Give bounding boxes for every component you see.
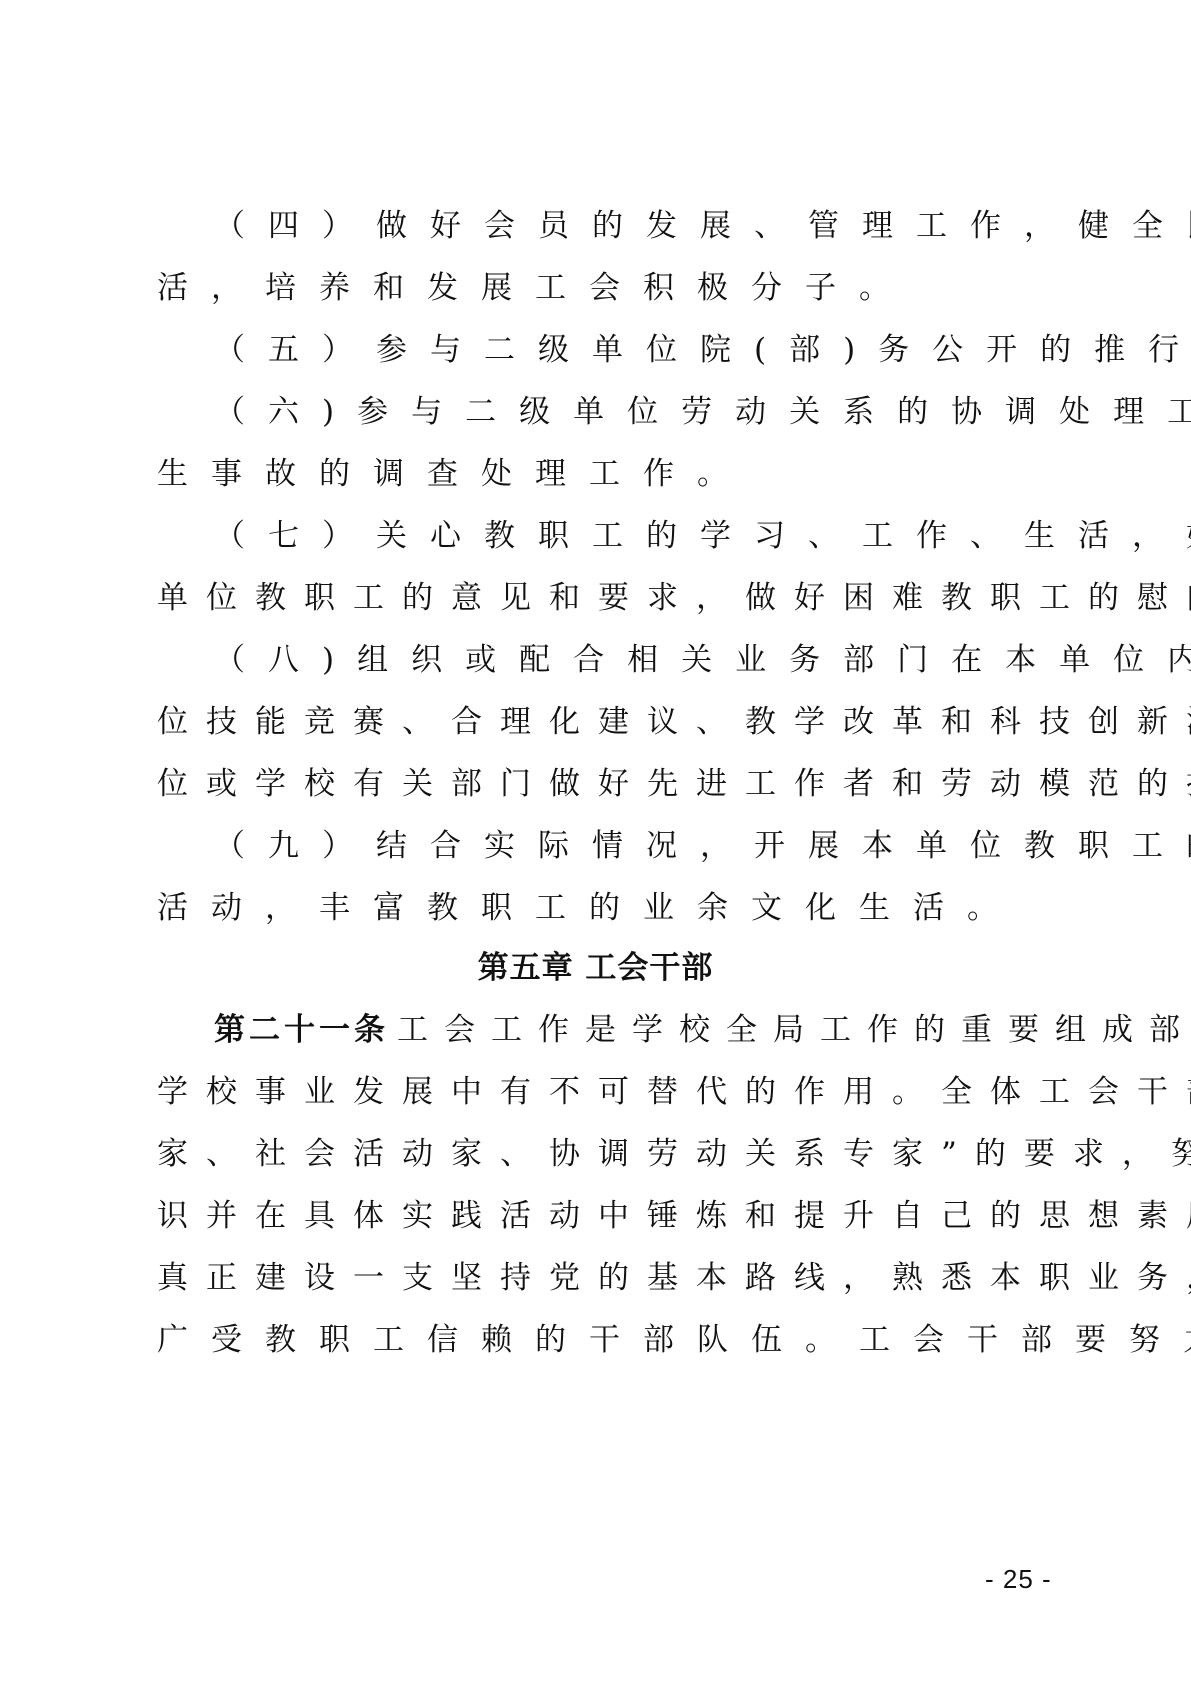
article-21-line-6: 广受教职工信赖的干部队伍。工会干部要努力做到： bbox=[157, 1320, 1057, 1360]
item-9-line-2: 活动，丰富教职工的业余文化生活。 bbox=[157, 888, 1057, 928]
page-number: - 25 - bbox=[985, 1564, 1052, 1594]
item-4-line-1: （四）做好会员的发展、管理工作，健全民主制度和民主生 bbox=[214, 206, 1114, 246]
article-21-line-5: 真正建设一支坚持党的基本路线，熟悉本职业务，热爱工会工作， bbox=[157, 1258, 1057, 1298]
item-6-line-1: （六)参与二级单位劳动关系的协调处理工作和劳动安全卫 bbox=[214, 392, 1114, 432]
item-9-line-1: （九）结合实际情况，开展本单位教职工的文化体育和娱乐 bbox=[214, 826, 1114, 866]
article-21-line-4: 识并在具体实践活动中锤炼和提升自己的思想素质和业务能力， bbox=[157, 1196, 1057, 1236]
item-7-line-2: 单位教职工的意见和要求，做好困难教职工的慰问、救助工作。 bbox=[157, 578, 1057, 618]
item-8-line-1: （八)组织或配合相关业务部门在本单位内部开展教职工岗 bbox=[214, 640, 1114, 680]
item-5-line-1: （五）参与二级单位院(部)务公开的推行、督查工作。 bbox=[214, 330, 1114, 370]
article-21-line-3: 家、社会活动家、协调劳动关系专家”的要求，努力学习相关知 bbox=[157, 1134, 1057, 1174]
document-page: （四）做好会员的发展、管理工作，健全民主制度和民主生 活，培养和发展工会积极分子… bbox=[0, 0, 1191, 1684]
article-label: 第二十一条 bbox=[214, 1012, 389, 1048]
chapter-heading: 第五章 工会干部 bbox=[0, 948, 1191, 988]
article-21-line-1: 第二十一条工会工作是学校全局工作的重要组成部分，在 bbox=[214, 1010, 1114, 1050]
item-7-line-1: （七）关心教职工的学习、工作、生活，如实反映协调二级 bbox=[214, 516, 1114, 556]
item-4-line-2: 活，培养和发展工会积极分子。 bbox=[157, 268, 1057, 308]
item-6-line-2: 生事故的调查处理工作。 bbox=[157, 454, 1057, 494]
article-21-line-2: 学校事业发展中有不可替代的作用。全体工会干部应按照“政治 bbox=[157, 1072, 1057, 1112]
item-8-line-3: 位或学校有关部门做好先进工作者和劳动模范的推荐评选工作。 bbox=[157, 764, 1057, 804]
article-first-line: 工会工作是学校全局工作的重要组成部分，在 bbox=[397, 1012, 1191, 1048]
item-8-line-2: 位技能竞赛、合理化建议、教学改革和科技创新活动，配合本单 bbox=[157, 702, 1057, 742]
